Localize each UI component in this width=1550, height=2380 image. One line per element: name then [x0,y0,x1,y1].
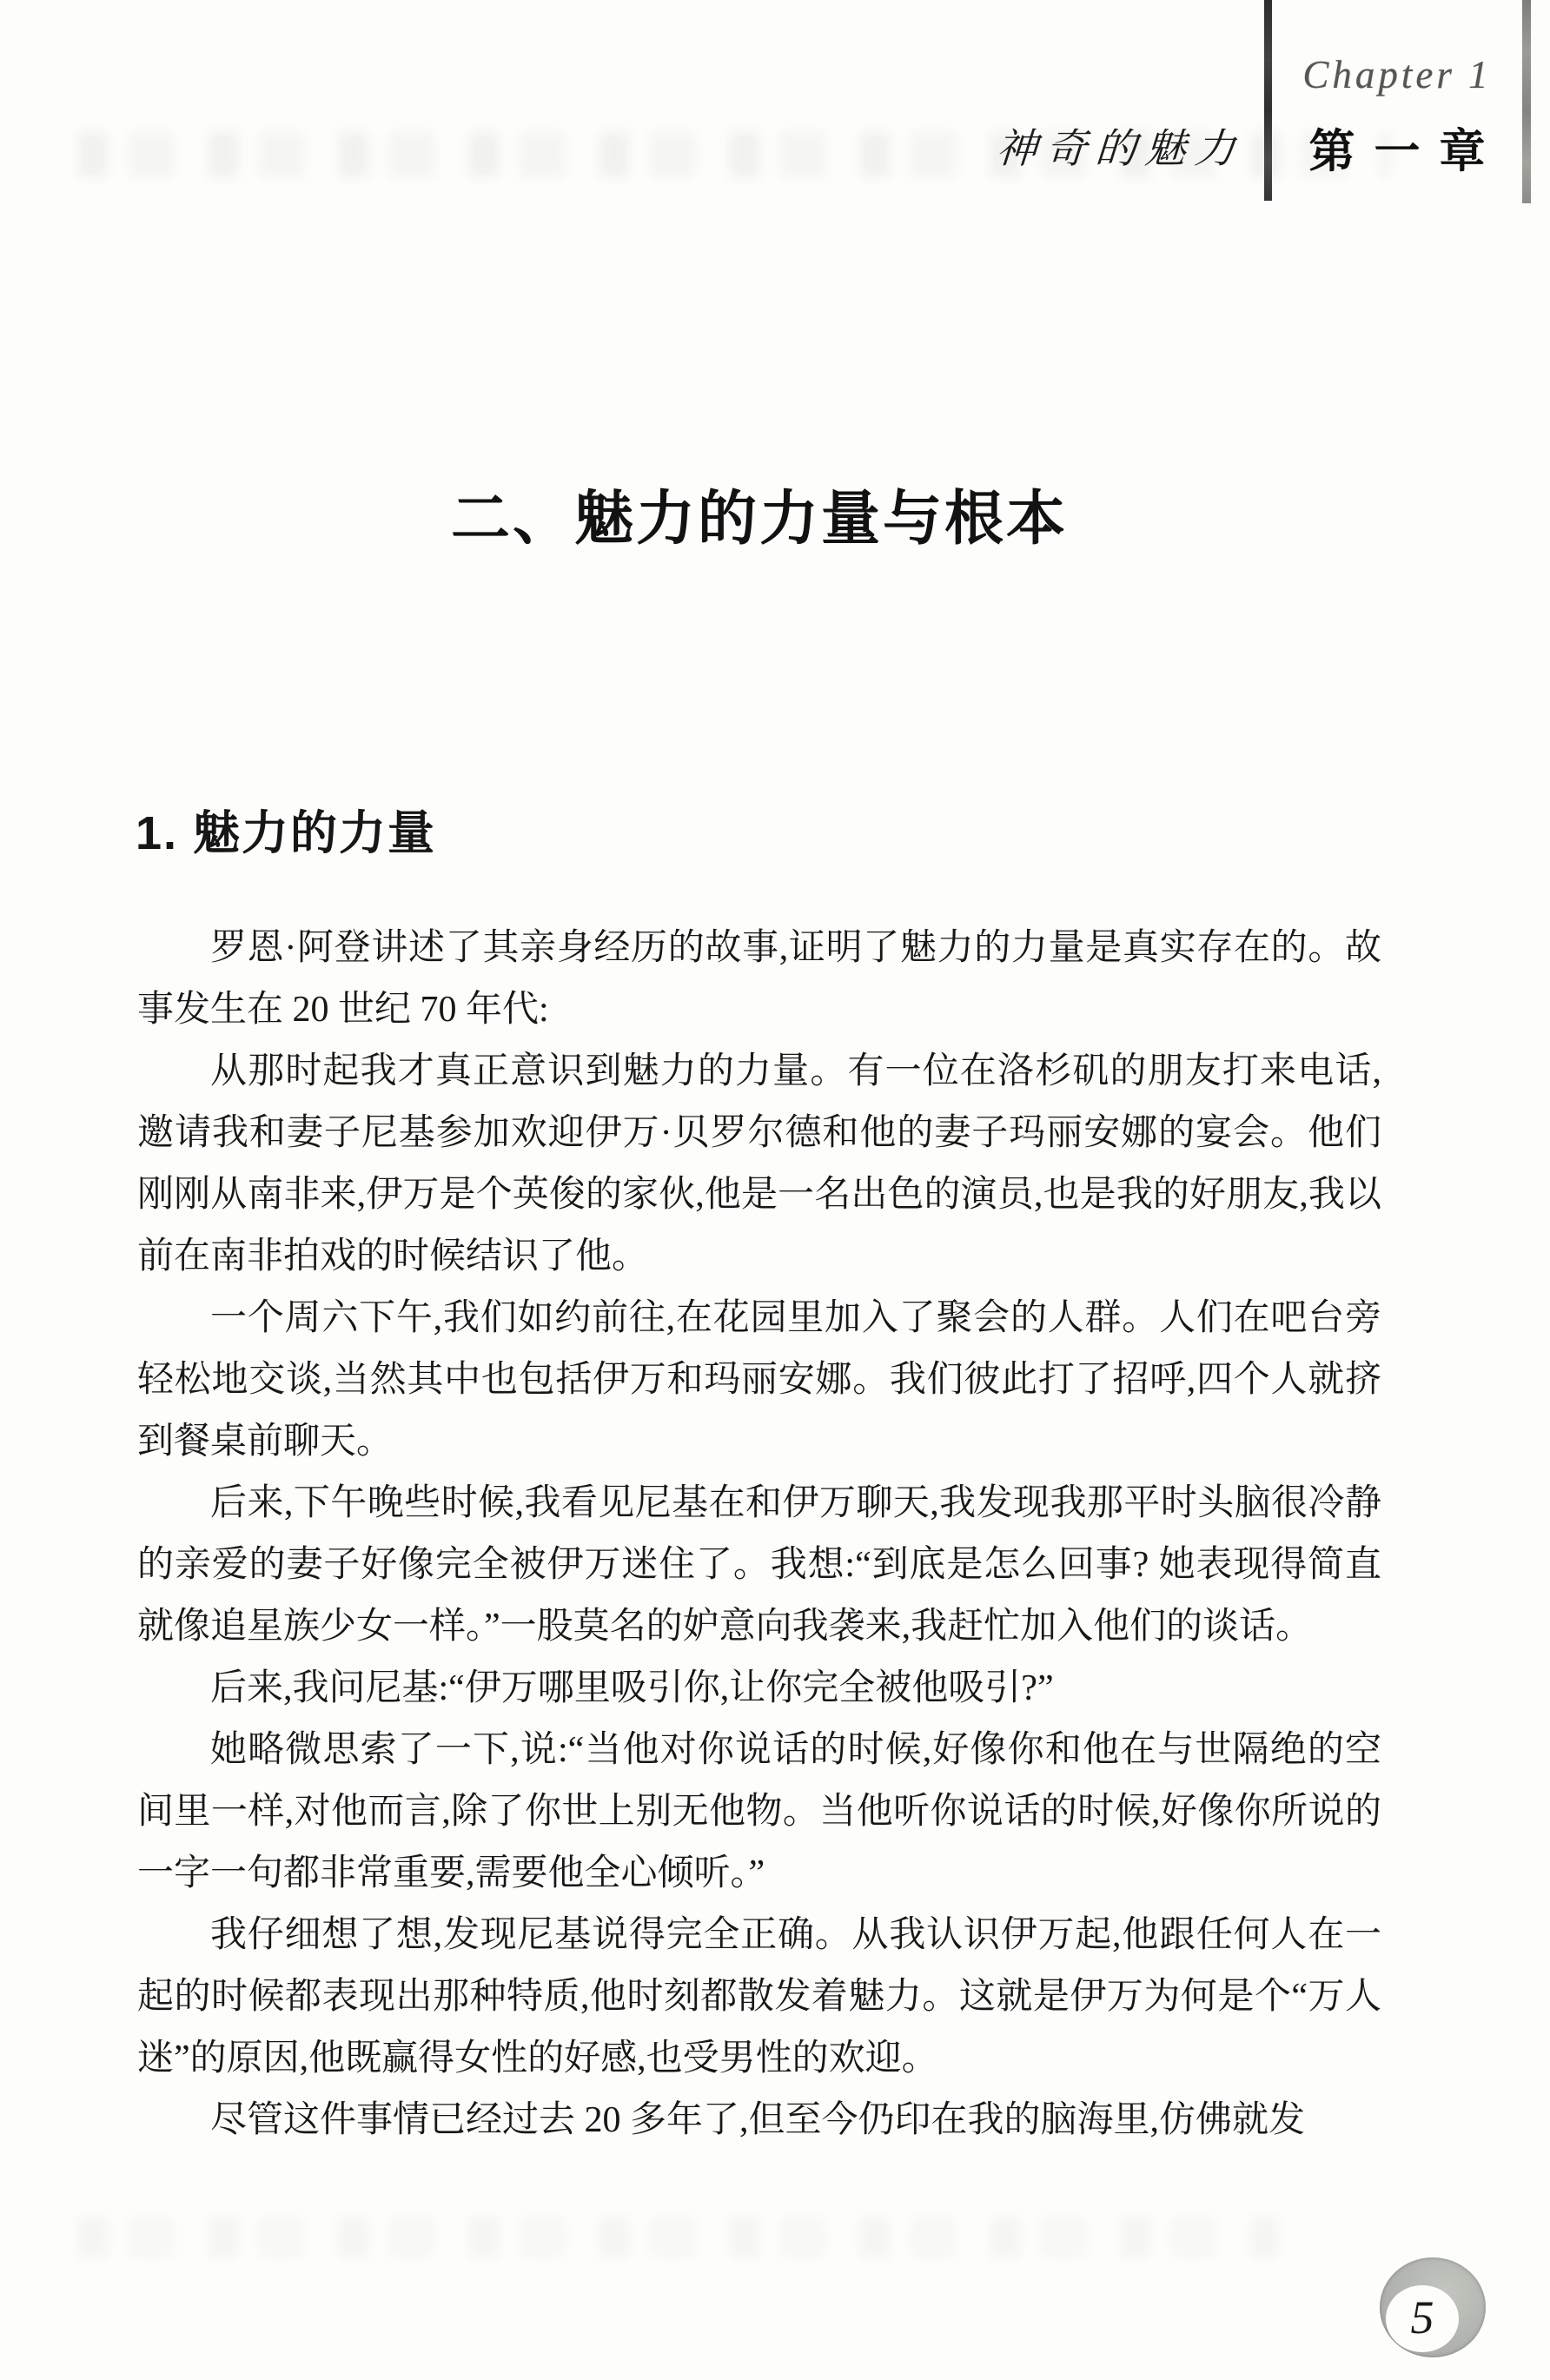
subsection-heading: 1. 魅力的力量 [136,796,436,863]
paragraph: 后来,下午晚些时候,我看见尼基在和伊万聊天,我发现我那平时头脑很冷静的亲爱的妻子… [137,1473,1381,1658]
book-page: 神奇的魅力 Chapter 1 第一章 二、魅力的力量与根本 1. 魅力的力量 … [0,0,1550,2380]
section-title: 二、魅力的力量与根本 [137,472,1381,556]
paragraph: 尽管这件事情已经过去 20 多年了,但至今仍印在我的脑海里,仿佛就发 [137,2090,1381,2151]
page-number: 5 [1411,2294,1434,2341]
paragraph: 从那时起我才真正意识到魅力的力量。有一位在洛杉矶的朋友打来电话,邀请我和妻子尼基… [137,1041,1381,1288]
paragraph: 后来,我问尼基:“伊万哪里吸引你,让你完全被他吸引?” [137,1658,1381,1720]
chapter-label-english: Chapter 1 [1272,52,1522,97]
header-divider-bar-right [1522,0,1531,203]
paragraph: 我仔细想了想,发现尼基说得完全正确。从我认识伊万起,他跟任何人在一起的时候都表现… [137,1905,1381,2090]
paragraph: 她略微思索了一下,说:“当他对你说话的时候,好像你和他在与世隔绝的空间里一样,对… [137,1720,1381,1905]
scan-bleed-artifact-bottom [78,2218,1277,2257]
running-head-book-title: 神奇的魅力 [995,116,1247,175]
page-number-badge-inner: 5 [1386,2285,1459,2352]
header-divider-bar-left [1264,0,1272,201]
paragraph: 罗恩·阿登讲述了其亲身经历的故事,证明了魅力的力量是真实存在的。故事发生在 20… [137,918,1381,1041]
chapter-label-chinese: 第一章 [1272,115,1522,181]
page-number-badge: 5 [1380,2257,1486,2357]
paragraph: 一个周六下午,我们如约前往,在花园里加入了聚会的人群。人们在吧台旁轻松地交谈,当… [137,1288,1381,1473]
body-text: 罗恩·阿登讲述了其亲身经历的故事,证明了魅力的力量是真实存在的。故事发生在 20… [137,918,1381,2151]
